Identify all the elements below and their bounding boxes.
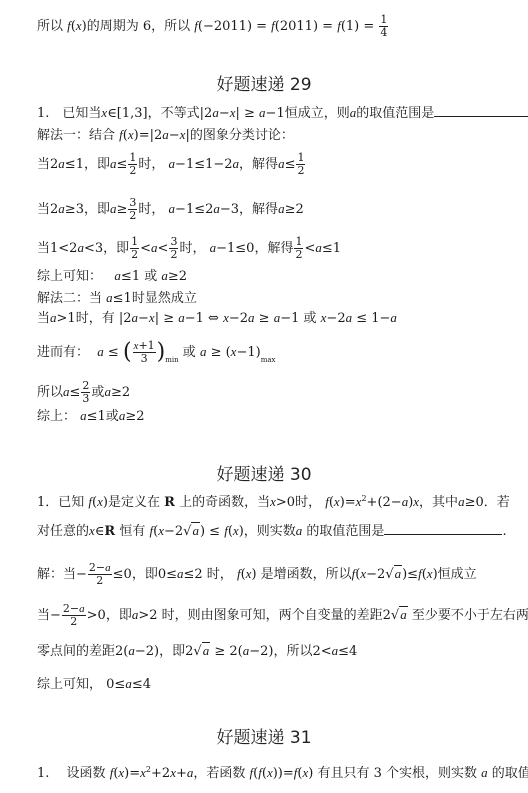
text: 时， xyxy=(207,567,233,582)
solution-29-method2-bounds: 进而有： a ≤ (x+13)min 或 a ≥ (x−1)max xyxy=(37,340,275,368)
solution-29-method2-result: 所以a≤23或a≥2 xyxy=(37,380,130,405)
text: ．若 xyxy=(484,495,510,510)
solution-29-method2-step: 当a>1时，有 |2a−x| ≥ a−1 ⇔ x−2a ≥ a−1 或 x−2a… xyxy=(37,310,397,327)
text: ，即 xyxy=(106,608,132,623)
text: 恒成立 xyxy=(438,567,477,582)
text: ，即 xyxy=(159,644,185,659)
solution-29-case2: 当2a≥3，即a≥32时， a−1≤2a−3，解得a≥2 xyxy=(37,197,304,222)
text: 当 xyxy=(37,311,50,326)
text: 时， xyxy=(179,241,205,256)
solution-29-summary2: 综上： a≤1或a≥2 xyxy=(37,408,145,425)
text: 所以 xyxy=(286,644,312,659)
text: 时，有 xyxy=(76,311,115,326)
solution-30-case1: 解：当−2−a2≤0，即0≤a≤2 时， f(x) 是增函数，所以f(x−2√a… xyxy=(37,562,477,587)
problem-31: 1. 设函数 f(x)=x2+2x+a，若函数 f(f(x))=f(x) 有且只… xyxy=(37,762,528,782)
text: 当 xyxy=(37,241,50,256)
text: 或 xyxy=(144,269,157,284)
solution-30-case2-cont: 零点间的差距2(a−2)，即2√a ≥ 2(a−2)，则实数，所以2<a≤4 xyxy=(37,643,357,660)
text: ，解得 xyxy=(239,157,278,172)
text: 的取值 xyxy=(492,766,528,781)
text: 的图象分类讨论： xyxy=(190,128,294,143)
text: 或 xyxy=(106,409,119,424)
text: 零点间的差距 xyxy=(37,644,115,659)
text: 当 xyxy=(37,608,50,623)
text: 所以 xyxy=(37,19,63,34)
section-heading-31: 好题速递 31 xyxy=(0,723,528,748)
text: ，解得 xyxy=(254,241,293,256)
text: 综上： xyxy=(37,409,76,424)
text: 解：当 xyxy=(37,567,76,582)
text: 恒有 xyxy=(119,524,145,539)
text: 时显然成立 xyxy=(132,291,197,306)
text: ，即 xyxy=(84,202,110,217)
text: 或 xyxy=(303,311,316,326)
text: ，不等式 xyxy=(148,106,200,121)
text: 恒成立，则 xyxy=(285,106,350,121)
text: 综上可知： xyxy=(37,269,102,284)
text: 当 xyxy=(37,157,50,172)
text: ，若函数 xyxy=(193,766,245,781)
text: 或 xyxy=(183,345,196,360)
text: 对任意的 xyxy=(37,524,89,539)
answer-blank[interactable] xyxy=(434,104,528,117)
period-conclusion-line: 所以 f(x)的周期为 6，所以 f(−2011) = f(2011) = f(… xyxy=(37,14,389,39)
text: 是定义在 xyxy=(108,495,160,510)
solution-30-summary: 综上可知， 0≤a≤4 xyxy=(37,676,151,693)
text: ，即 xyxy=(132,567,158,582)
text: 时， xyxy=(138,202,164,217)
text: 1. 已知当 xyxy=(37,106,101,121)
text: 的取值范围是 xyxy=(306,524,384,539)
text: 时， xyxy=(138,157,164,172)
text: ，其中 xyxy=(419,495,458,510)
text: 的取值范围是 xyxy=(356,106,434,121)
solution-29-method2-intro: 解法二：当 a≤1时显然成立 xyxy=(37,290,197,307)
text: 有且只有 3 个实根，则实数 xyxy=(317,766,477,781)
text: ，解得 xyxy=(239,202,278,217)
problem-29: 1. 已知当x∈[1,3]，不等式|2a−x| ≥ a−1恒成立，则a的取值范围… xyxy=(37,104,528,122)
solution-29-summary1: 综上可知： a≤1 或 a≥2 xyxy=(37,268,187,285)
text: ，即 xyxy=(84,157,110,172)
text: 时，则由图象可知，两个自变量的差距 xyxy=(162,608,383,623)
solution-29-method1-intro: 解法一：结合 f(x)=|2a−x|的图象分类讨论： xyxy=(37,127,294,144)
solution-29-case3: 当1<2a<3，即12<a<32时， a−1≤0，解得12<a≤1 xyxy=(37,236,341,261)
text: 上的奇函数，当 xyxy=(179,495,270,510)
text: 所以 xyxy=(37,385,63,400)
text: 至少要不小于左右两个 xyxy=(412,608,528,623)
text: 解法一：结合 xyxy=(37,128,115,143)
section-heading-29: 好题速递 29 xyxy=(0,70,528,95)
text: ，即 xyxy=(103,241,129,256)
text: 1．已知 xyxy=(37,495,84,510)
text: 是增函数，所以 xyxy=(261,567,352,582)
answer-blank[interactable] xyxy=(384,522,502,535)
problem-30-line2: 对任意的x∈R 恒有 f(x−2√a) ≤ f(x)，则实数a 的取值范围是. xyxy=(37,522,507,540)
section-heading-30: 好题速递 30 xyxy=(0,460,528,485)
text: 或 xyxy=(91,385,104,400)
text: 综上可知， xyxy=(37,677,102,692)
text: 进而有： xyxy=(37,345,89,360)
solution-29-case1: 当2a≤1，即a≤12时， a−1≤1−2a，解得a≤12 xyxy=(37,152,306,177)
text: 的周期为 6，所以 xyxy=(87,19,190,34)
text: 解法二：当 xyxy=(37,291,102,306)
text: 当 xyxy=(37,202,50,217)
problem-30-line1: 1．已知 f(x)是定义在 R 上的奇函数，当x>0时， f(x)=x2+(2−… xyxy=(37,491,510,511)
solution-30-case2: 当−2−a2>0，即a>2 时，则由图象可知，两个自变量的差距2√a 至少要不小… xyxy=(37,603,528,628)
text: 1. 设函数 xyxy=(37,766,106,781)
text: 时， xyxy=(295,495,321,510)
text: ，则实数 xyxy=(244,524,296,539)
